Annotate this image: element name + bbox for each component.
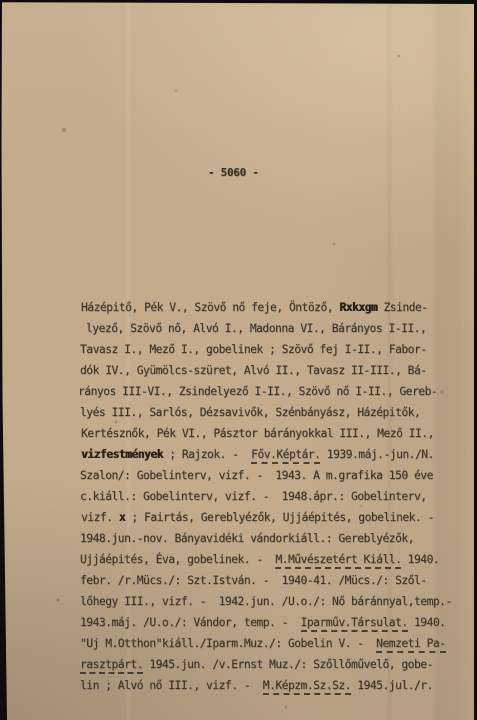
- underlined-text: Nemzeti Pa-: [376, 637, 445, 653]
- text-line: Házépitő, Pék V., Szövő nő feje, Öntöző,…: [81, 297, 465, 318]
- text-line: lőhegy III., vizf. - 1942.jun. /U.o./: N…: [80, 591, 465, 612]
- scanned-page: - 5060 - Házépitő, Pék V., Szövő nő feje…: [0, 0, 477, 720]
- text-line: 1943.máj. /U.o./: Vándor, temp. - Iparmű…: [80, 612, 465, 633]
- text-line: Kertésznők, Pék VI., Pásztor bárányokkal…: [81, 423, 465, 444]
- text-segment: lőhegy III., vizf. - 1942.jun. /U.o./: N…: [80, 595, 452, 608]
- text-segment: 1943.máj. /U.o./: Vándor, temp. -: [80, 616, 301, 629]
- scan-edge-top: [0, 0, 477, 4]
- text-line: Ujjáépités, Éva, gobelinek. - M.Művészet…: [80, 549, 465, 570]
- text-line: febr. /r.Mücs./: Szt.István. - 1940-41. …: [80, 570, 465, 591]
- text-line: vizf. x ; Fairtás, Gereblyézők, Ujjáépit…: [81, 507, 465, 528]
- text-segment: Kertésznők, Pék VI., Pásztor bárányokkal…: [81, 427, 434, 440]
- underlined-text: rasztpárt.: [80, 658, 143, 674]
- underlined-text: M.Képzm.Sz.Sz.: [263, 679, 351, 695]
- text-segment: c.kiáll.: Gobelinterv, vizf. - 1948.ápr.…: [80, 490, 427, 503]
- text-segment: febr. /r.Mücs./: Szt.István. - 1940-41. …: [80, 574, 427, 587]
- text-segment: lin ; Alvó nő III., vizf. -: [80, 679, 263, 692]
- text-line: c.kiáll.: Gobelinterv, vizf. - 1948.ápr.…: [80, 486, 465, 507]
- text-segment: Ujjáépités, Éva, gobelinek. -: [80, 553, 275, 566]
- text-segment: Házépitő, Pék V., Szövő nő feje, Öntöző,: [81, 301, 339, 314]
- text-segment: vizf.: [81, 511, 119, 524]
- text-segment: 1948.jun.-nov. Bányavidéki vándorkiáll.:…: [80, 532, 414, 545]
- text-segment: rányos III-VI., Zsindelyező I-II., Szövő…: [78, 385, 437, 398]
- text-line: rányos III-VI., Zsindelyező I-II., Szövő…: [78, 381, 465, 402]
- text-block: Házépitő, Pék V., Szövő nő feje, Öntöző,…: [80, 297, 465, 696]
- paper-specks: [0, 0, 2, 2]
- text-line: Szalon/: Gobelinterv, vizf. - 1943. A m.…: [80, 465, 465, 486]
- text-segment: Tavasz I., Mező I., gobelinek ; Szövő fe…: [80, 343, 427, 356]
- text-line: lyés III., Sarlós, Dézsavivők, Szénbányá…: [80, 402, 465, 423]
- text-segment: 1940.: [408, 616, 446, 629]
- text-line: Tavasz I., Mező I., gobelinek ; Szövő fe…: [80, 339, 465, 360]
- text-line: lyező, Szövő nő, Alvó I., Madonna VI., B…: [86, 318, 465, 339]
- text-segment: 1940.: [401, 553, 439, 566]
- underlined-text: Iparműv.Társulat.: [301, 616, 408, 632]
- scan-edge-left: [0, 0, 8, 720]
- text-segment: Zsinde-: [377, 301, 427, 314]
- text-segment: 1939.máj.-jun./N.: [320, 448, 433, 461]
- underlined-text: M.Művészetért Kiáll.: [275, 553, 401, 569]
- text-segment: lyező, Szövő nő, Alvó I., Madonna VI., B…: [86, 322, 426, 335]
- text-line: "Uj M.Otthon"kiáll./Iparm.Muz./: Gobelin…: [80, 633, 465, 654]
- text-segment: 1945.jul./r.: [351, 679, 433, 692]
- text-segment: ; Fairtás, Gereblyézők, Ujjáépités, gobe…: [125, 511, 434, 524]
- underlined-text: Főv.Képtár.: [251, 448, 320, 464]
- text-segment: lyés III., Sarlós, Dézsavivők, Szénbányá…: [80, 406, 420, 419]
- overstruck-text: Rxkxgm: [339, 301, 377, 314]
- text-segment: ; Rajzok. -: [163, 448, 251, 461]
- text-line: vizfestmények ; Rajzok. - Főv.Képtár. 19…: [81, 444, 465, 465]
- text-segment: 1945.jun. /v.Ernst Muz./: Szőllőművelő, …: [143, 658, 433, 671]
- page-number: - 5060 -: [208, 166, 259, 179]
- text-line: 1948.jun.-nov. Bányavidéki vándorkiáll.:…: [80, 528, 465, 549]
- text-line: lin ; Alvó nő III., vizf. - M.Képzm.Sz.S…: [80, 675, 465, 696]
- text-segment: Szalon/: Gobelinterv, vizf. - 1943. A m.…: [80, 469, 433, 482]
- overstruck-text: vizfestmények: [81, 448, 163, 461]
- text-line: dók IV., Gyümölcs-szüret, Alvó II., Tava…: [80, 360, 465, 381]
- text-segment: "Uj M.Otthon"kiáll./Iparm.Muz./: Gobelin…: [80, 637, 376, 650]
- text-line: rasztpárt. 1945.jun. /v.Ernst Muz./: Sző…: [80, 654, 465, 675]
- text-segment: dók IV., Gyümölcs-szüret, Alvó II., Tava…: [80, 364, 427, 377]
